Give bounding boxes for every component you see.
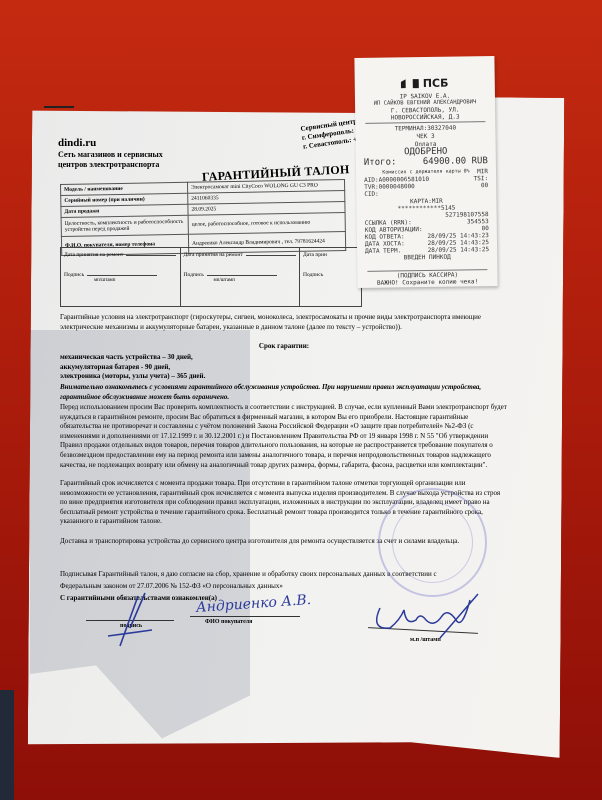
intro-paragraph: Гарантийные условия на электротранспорт … — [60, 313, 508, 332]
term-title: Срок гарантии: — [60, 342, 508, 352]
repair-record-3: Дата прин Подпись — [300, 248, 361, 306]
pen-mark — [44, 106, 74, 108]
bank-logo-icon — [401, 79, 411, 88]
seller-signature — [370, 590, 480, 640]
repair-record-1: Дата принятия на ремонт Подпись мп/штамп — [61, 248, 181, 306]
repair-record-2: Дата принятия на ремонт Подпись мп/штамп — [181, 248, 301, 306]
fio-line — [190, 616, 300, 617]
product-info-table: Модель / наименованиеЭлектросамокат mini… — [60, 179, 346, 256]
seal-stamp — [378, 488, 487, 597]
total-row: Итого:64900.00 RUB — [364, 158, 488, 167]
bank-logo: ПСБ — [401, 77, 449, 91]
fio-label: ФИО покупателя — [205, 619, 252, 625]
background-edge — [0, 690, 14, 800]
term-list: механическая часть устройства – 30 дней,… — [60, 353, 508, 382]
body-paragraph-1: Перед использованием просим Вас проверит… — [60, 403, 508, 470]
notice-paragraph: Внимательно ознакомьтесь с условиями гар… — [60, 383, 508, 402]
buyer-signature — [100, 588, 160, 648]
brand-name: dindi.ru — [58, 137, 96, 149]
brand-subtitle: Сеть магазинов и сервисных центров элект… — [58, 150, 178, 170]
payment-receipt: ПСБ IP SAIKOV E.A. ИП САЙКОВ ЕВГЕНИЙ АЛЕ… — [354, 56, 497, 288]
repair-record-box: Дата принятия на ремонт Подпись мп/штамп… — [60, 247, 362, 307]
